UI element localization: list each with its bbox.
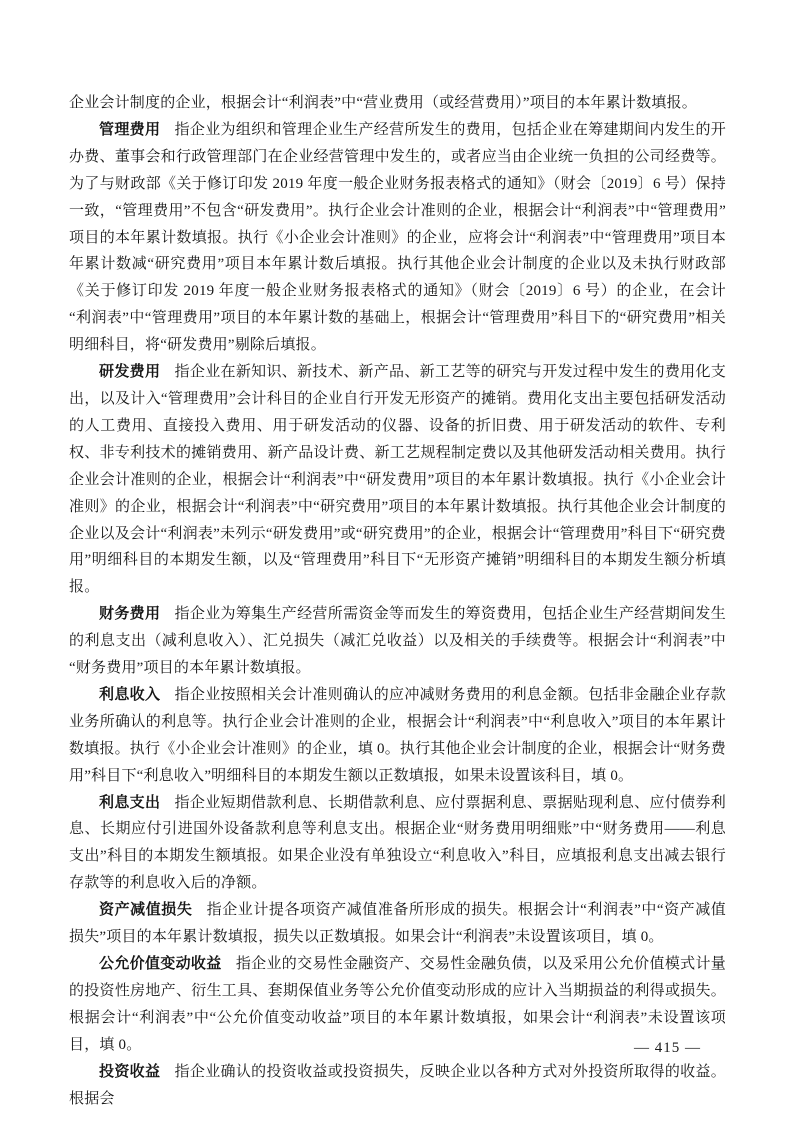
term-label: 财务费用 — [99, 606, 175, 622]
term-label: 公允价值变动收益 — [99, 956, 236, 972]
entry-paragraph-fair-value-change-gains: 公允价值变动收益指企业的交易性金融资产、交易性金融负债，以及采用公允价值模式计量… — [69, 951, 726, 1059]
continuation-paragraph: 企业会计制度的企业，根据会计“利润表”中“营业费用（或经营费用）”项目的本年累计… — [69, 90, 726, 117]
entry-paragraph-management-expenses: 管理费用指企业为组织和管理企业生产经营所发生的费用，包括企业在筹建期间内发生的开… — [69, 117, 726, 359]
entry-paragraph-financial-expenses: 财务费用指企业为筹集生产经营所需资金等而发生的筹资费用，包括企业生产经营期间发生… — [69, 601, 726, 682]
entry-paragraph-investment-income: 投资收益指企业确认的投资收益或投资损失，反映企业以各种方式对外投资所取得的收益。… — [69, 1059, 726, 1113]
term-label: 利息支出 — [99, 795, 175, 811]
term-label: 研发费用 — [99, 364, 175, 380]
entry-paragraph-asset-impairment-loss: 资产减值损失指企业计提各项资产减值准备所形成的损失。根据会计“利润表”中“资产减… — [69, 897, 726, 951]
entry-paragraph-interest-expense: 利息支出指企业短期借款利息、长期借款利息、应付票据利息、票据贴现利息、应付债券利… — [69, 790, 726, 898]
page-text-body: 企业会计制度的企业，根据会计“利润表”中“营业费用（或经营费用）”项目的本年累计… — [69, 90, 726, 1112]
term-definition: 指企业在新知识、新技术、新产品、新工艺等的研究与开发过程中发生的费用化支出，以及… — [69, 364, 726, 595]
term-definition: 指企业为组织和管理企业生产经营所发生的费用，包括企业在筹建期间内发生的开办费、董… — [69, 122, 726, 353]
term-label: 投资收益 — [99, 1064, 175, 1080]
term-label: 利息收入 — [99, 687, 175, 703]
page-number: — 415 — — [634, 1038, 701, 1058]
entry-paragraph-interest-income: 利息收入指企业按照相关会计准则确认的应冲减财务费用的利息金额。包括非金融企业存款… — [69, 682, 726, 790]
entry-paragraph-rd-expenses: 研发费用指企业在新知识、新技术、新产品、新工艺等的研究与开发过程中发生的费用化支… — [69, 359, 726, 601]
document-page: 企业会计制度的企业，根据会计“利润表”中“营业费用（或经营费用）”项目的本年累计… — [0, 0, 793, 1122]
term-label: 资产减值损失 — [99, 902, 207, 918]
term-label: 管理费用 — [99, 122, 175, 138]
